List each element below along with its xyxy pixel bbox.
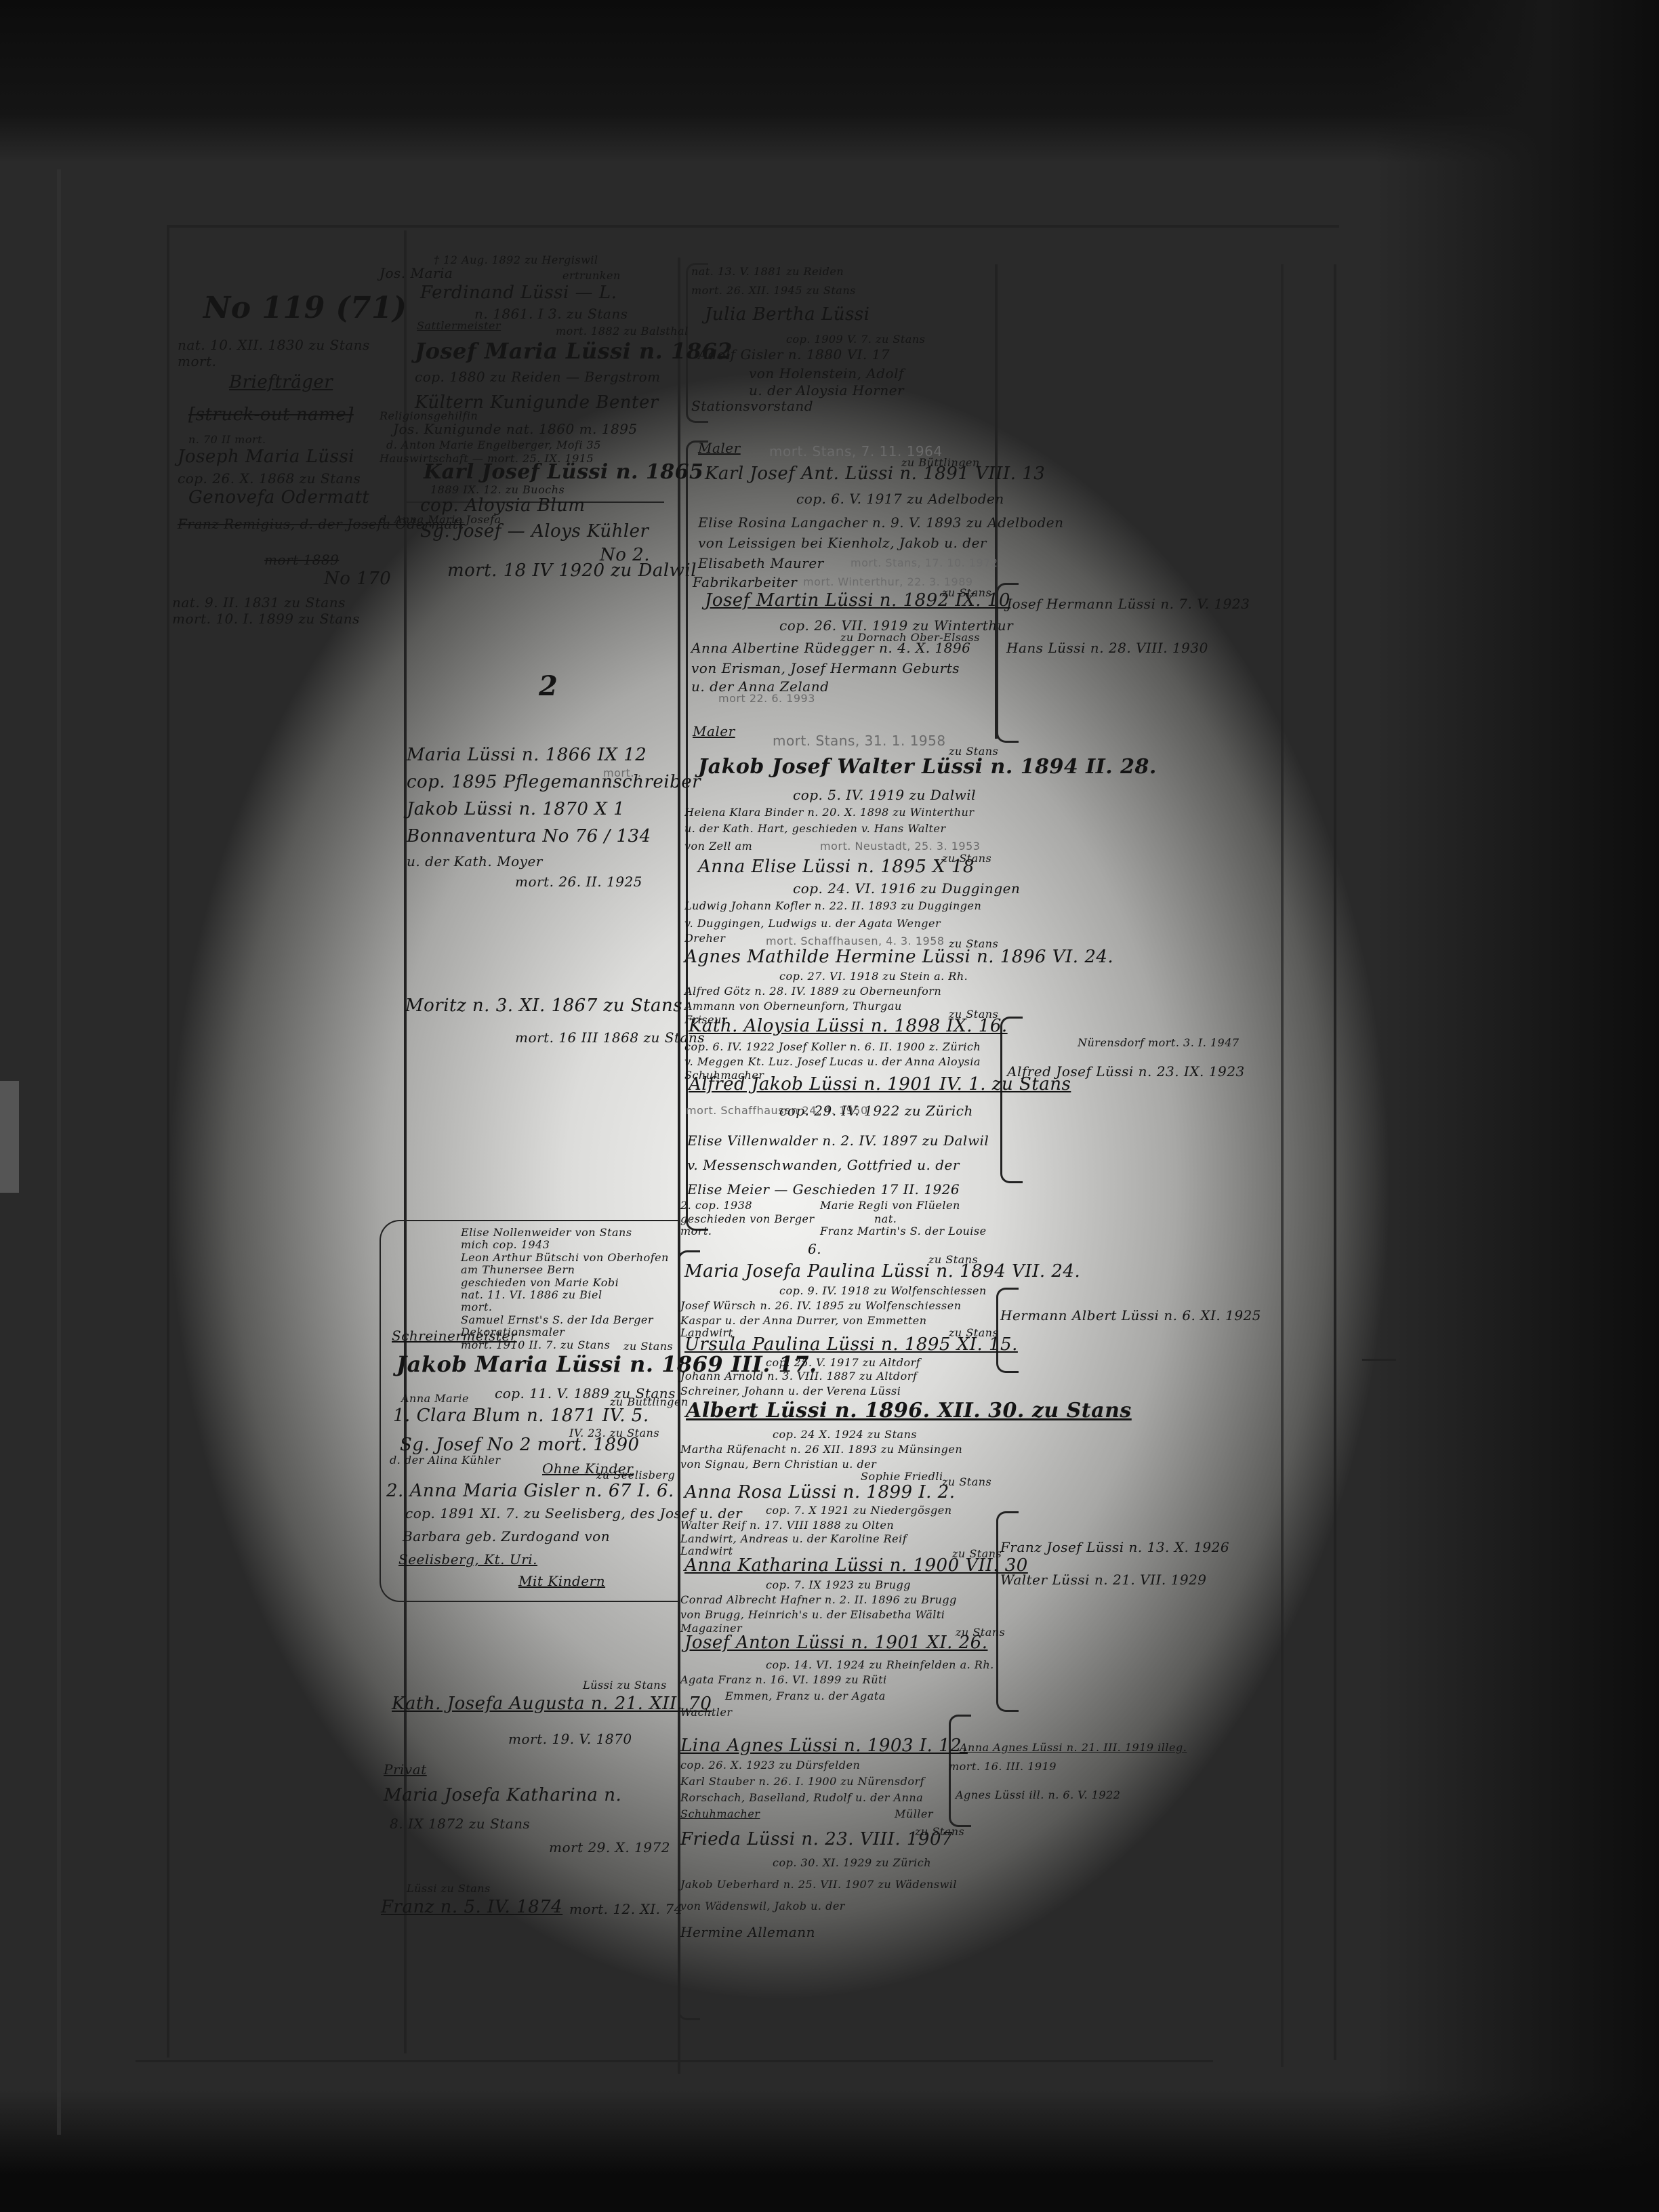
gc-d-wife-death-pencil: mort. Neustadt, 25. 3. 1953 xyxy=(820,840,980,853)
child-2-note-2: Jos. Kunigunde nat. 1860 m. 1895 xyxy=(393,422,638,437)
child-3-marriage: 1889 IX. 12. zu Buochs xyxy=(430,484,565,496)
father-name: Joseph Maria Lüssi xyxy=(178,447,354,468)
register-number: No 119 (71) xyxy=(203,291,407,326)
gc-f-husband-home: Ammann von Oberneunforn, Thurgau xyxy=(684,1000,902,1012)
gc-j-place: zu Stans xyxy=(949,1327,998,1339)
gc-d-name: Jakob Josef Walter Lüssi n. 1894 II. 28. xyxy=(698,756,1157,779)
gc-o-husband-mother: Müller xyxy=(895,1808,933,1820)
child-6-wife-mother: d. der Alina Kühler xyxy=(390,1454,501,1467)
bracket-grandchildren-2 xyxy=(1000,1017,1023,1183)
scan-shadow-right xyxy=(1374,0,1659,2212)
child-4-death: mort. 26. II. 1925 xyxy=(515,874,642,890)
gc-d-wife-parents: u. der Kath. Hart, geschieden v. Hans Wa… xyxy=(684,823,946,835)
gc-h-second-marriage: 2. cop. 1938 xyxy=(680,1200,752,1212)
child-4-pencil-note: mort… xyxy=(603,767,642,779)
gc-e-husband-occupation: Dreher xyxy=(684,933,725,945)
ggc-5: Franz Josef Lüssi n. 13. X. 1926 xyxy=(1000,1540,1229,1555)
child-3-wife-father: Sg. Josef — Aloys Kühler xyxy=(420,522,649,542)
gc-j-husband: Johann Arnold n. 3. VIII. 1887 zu Altdor… xyxy=(680,1370,917,1382)
child-1-margin-note: Jos. Maria xyxy=(380,266,453,281)
gc-n-wife: Agata Franz n. 16. VI. 1899 zu Rüti xyxy=(680,1674,887,1686)
father-death: mort. xyxy=(178,354,216,369)
gc-a-birth: nat. 13. V. 1881 zu Reiden xyxy=(691,266,844,278)
ggc-3-death: Nürensdorf mort. 3. I. 1947 xyxy=(1078,1037,1240,1049)
ggc-3: Alfred Josef Lüssi n. 23. IX. 1923 xyxy=(1007,1064,1245,1080)
child-6-wife-place: zu Büttlingen xyxy=(610,1396,689,1408)
gc-d-marriage: cop. 5. IV. 1919 zu Dalwil xyxy=(793,787,976,803)
column-divider-1 xyxy=(404,230,407,2053)
child-6-wife-father: Sg. Josef No 2 mort. 1890 xyxy=(400,1435,640,1456)
child-6-occupation: Schreinermeister xyxy=(392,1328,517,1344)
child-5-name: Moritz n. 3. XI. 1867 zu Stans xyxy=(405,996,682,1017)
gc-c-occupation: Fabrikarbeiter xyxy=(693,575,797,590)
gc-p-marriage: cop. 30. XI. 1929 zu Zürich xyxy=(773,1857,931,1869)
ggc-7-death: mort. 16. III. 1919 xyxy=(949,1761,1057,1773)
gc-h-wife-mother-divorce: Elise Meier — Geschieden 17 II. 1926 xyxy=(687,1182,960,1197)
gc-a-husband-home: von Holenstein, Adolf xyxy=(749,366,904,382)
father-occupation: Briefträger xyxy=(229,373,333,393)
gc-l-husband: Walter Reif n. 17. VIII 1888 zu Olten xyxy=(680,1519,894,1532)
child-9-name: Maria Josefa Katharina n. xyxy=(384,1786,621,1806)
gc-l-marriage: cop. 7. X 1921 zu Niedergösgen xyxy=(766,1504,952,1517)
gc-n-wife-mother: Wachtler xyxy=(680,1706,733,1719)
child-1-death-note: † 12 Aug. 1892 zu Hergiswil xyxy=(434,254,598,266)
gc-i-name: Maria Josefa Paulina Lüssi n. 1894 VII. … xyxy=(684,1262,1080,1282)
gc-e-husband-parents: v. Duggingen, Ludwigs u. der Agata Wenge… xyxy=(684,918,941,930)
gc-h-second-wife: Marie Regli von Flüelen xyxy=(820,1200,960,1212)
gc-n-marriage: cop. 14. VI. 1924 zu Rheinfelden a. Rh. xyxy=(766,1659,994,1671)
gc-k-wife: Martha Rüfenacht n. 26 XII. 1893 zu Müns… xyxy=(680,1443,962,1456)
ggc-1: Josef Hermann Lüssi n. 7. V. 1923 xyxy=(1006,596,1250,612)
gc-b-marriage: cop. 6. V. 1917 zu Adelboden xyxy=(796,491,1004,507)
gc-o-husband-home: Rorschach, Baselland, Rudolf u. der Anna xyxy=(680,1792,923,1804)
gc-m-marriage: cop. 7. IX 1923 zu Brugg xyxy=(766,1579,911,1591)
gc-f-place: zu Stans xyxy=(949,938,998,950)
gc-i-place: zu Stans xyxy=(928,1254,978,1266)
gc-h-death-note: mort. xyxy=(680,1225,712,1237)
child-4-name: Maria Lüssi n. 1866 IX 12 xyxy=(407,745,647,766)
column-divider-4 xyxy=(1281,264,1284,2067)
child-6-second-wife-place: zu Seelisberg xyxy=(596,1469,675,1481)
child-4-husband-parents: u. der Kath. Moyer xyxy=(407,854,543,869)
wife-name: Genovefa Odermatt xyxy=(188,488,369,508)
book-edge-tab xyxy=(0,1081,19,1193)
ggc-4: Hermann Albert Lüssi n. 6. XI. 1925 xyxy=(1000,1308,1261,1324)
gc-o-husband: Karl Stauber n. 26. I. 1900 zu Nürensdor… xyxy=(680,1776,924,1788)
gc-e-husband: Ludwig Johann Kofler n. 22. II. 1893 zu … xyxy=(684,900,981,912)
gc-o-name: Lina Agnes Lüssi n. 1903 I. 12. xyxy=(680,1736,968,1757)
child-6-first-wife: 1. Clara Blum n. 1871 IV. 5. xyxy=(393,1406,649,1427)
gc-a-husband: Adolf Gisler n. 1880 VI. 17 xyxy=(698,347,890,363)
gc-n-name: Josef Anton Lüssi n. 1901 XI. 26. xyxy=(684,1633,987,1654)
gc-b-wife-mother: Elisabeth Maurer xyxy=(698,556,824,571)
gc-h-second-wife-nat: nat. xyxy=(874,1213,897,1225)
gc-l-husband-parents: Landwirt, Andreas u. der Karoline Reif xyxy=(680,1533,907,1545)
child-5-death: mort. 16 III 1868 zu Stans xyxy=(515,1030,705,1046)
gc-d-occupation: Maler xyxy=(693,724,735,739)
gc-g-marriage-husband: cop. 6. IV. 1922 Josef Koller n. 6. II. … xyxy=(684,1041,981,1053)
child-2-note-3: d. Anton Marie Engelberger, Mofi 35 xyxy=(386,439,601,451)
gc-m-husband-home: von Brugg, Heinrich's u. der Elisabetha … xyxy=(680,1609,945,1621)
marriage-date: cop. 26. X. 1868 zu Stans xyxy=(178,471,361,487)
gc-f-death-pencil: mort. Schaffhausen, 4. 3. 1958 xyxy=(766,935,945,947)
gc-m-place: zu Stans xyxy=(952,1548,1002,1560)
ggc-7: Anna Agnes Lüssi n. 21. III. 1919 illeg. xyxy=(960,1742,1187,1754)
child-6-wife-label: Anna Marie xyxy=(401,1393,469,1405)
wife-death: mort. 10. I. 1899 zu Stans xyxy=(172,611,360,627)
gc-d-wife: Helena Klara Binder n. 20. X. 1898 zu Wi… xyxy=(684,806,974,819)
child-3-name: Karl Josef Lüssi n. 1865 xyxy=(424,461,703,485)
child-6-second-wife-mother: Barbara geb. Zurdogand von xyxy=(403,1529,610,1544)
gc-h-wife-home: v. Messenschwanden, Gottfried u. der xyxy=(687,1158,960,1173)
child-1-name: Ferdinand Lüssi — L. xyxy=(420,283,617,304)
child-8-death: mort. 19. V. 1870 xyxy=(508,1732,632,1747)
child-8-tag: Lüssi zu Stans xyxy=(583,1679,667,1692)
gc-b-name: Karl Josef Ant. Lüssi n. 1891 VIII. 13 xyxy=(705,464,1045,485)
child-10-tag: Lüssi zu Stans xyxy=(407,1883,491,1895)
gc-n-wife-parents: Emmen, Franz u. der Agata xyxy=(725,1690,886,1702)
gc-d-place: zu Stans xyxy=(949,745,998,758)
gc-p-husband-mother: Hermine Allemann xyxy=(680,1925,815,1940)
child-9-death: mort 29. X. 1972 xyxy=(549,1840,670,1856)
gc-f-marriage: cop. 27. VI. 1918 zu Stein a. Rh. xyxy=(779,970,968,983)
gc-a-marriage: cop. 1909 V. 7. zu Stans xyxy=(786,333,925,346)
page-mark: 2 xyxy=(539,671,558,702)
gc-k-name: Albert Lüssi n. 1896. XII. 30. zu Stans xyxy=(686,1399,1132,1423)
gc-p-husband: Jakob Ueberhard n. 25. VII. 1907 zu Wäde… xyxy=(680,1879,957,1891)
gc-d-wife-home: von Zell am xyxy=(684,840,752,853)
child-4-husband: Jakob Lüssi n. 1870 X 1 xyxy=(407,800,625,820)
child-6-second-wife: 2. Anna Maria Gisler n. 67 I. 6. xyxy=(386,1481,674,1502)
wife-birth: nat. 9. II. 1831 zu Stans xyxy=(172,595,346,611)
gc-k-marriage: cop. 24 X. 1924 zu Stans xyxy=(773,1429,917,1441)
child-9-birth: 8. IX 1872 zu Stans xyxy=(390,1816,530,1832)
register-frame-right xyxy=(1334,264,1336,2060)
gc-p-name: Frieda Lüssi n. 23. VIII. 1907 xyxy=(680,1830,953,1850)
gc-h-wife: Elise Villenwalder n. 2. IV. 1897 zu Dal… xyxy=(687,1133,989,1149)
margin-mark xyxy=(1362,1359,1396,1361)
gc-f-husband: Alfred Götz n. 28. IV. 1889 zu Oberneunf… xyxy=(684,985,941,998)
gc-c-wife-place: zu Dornach Ober-Elsass xyxy=(840,632,980,644)
gc-g-place: zu Stans xyxy=(949,1008,998,1021)
gc-g-husband-home: v. Meggen Kt. Luz. Josef Lucas u. der An… xyxy=(684,1056,981,1068)
child-1-death-cause: ertrunken xyxy=(562,270,621,282)
gc-a-name: Julia Bertha Lüssi xyxy=(705,305,869,325)
gc-j-husband-parents: Schreiner, Johann u. der Verena Lüssi xyxy=(680,1385,901,1397)
child-2-marriage: cop. 1880 zu Reiden — Bergstrom xyxy=(415,369,661,385)
gc-b-occupation: Maler xyxy=(698,441,741,456)
ggc-8: Agnes Lüssi ill. n. 6. V. 1922 xyxy=(956,1789,1120,1801)
register-frame-bottom xyxy=(136,2060,1213,2062)
gc-h-divorce-note: geschieden von Berger xyxy=(680,1213,815,1225)
gc-l-name: Anna Rosa Lüssi n. 1899 I. 2. xyxy=(684,1483,955,1503)
gc-k-wife-home: von Signau, Bern Christian u. der xyxy=(680,1458,876,1471)
gc-a-death: mort. 26. XII. 1945 zu Stans xyxy=(691,285,856,297)
gc-a-husband-parents: u. der Aloysia Horner xyxy=(749,383,904,398)
gc-j-marriage: cop. 25. V. 1917 zu Altdorf xyxy=(766,1357,920,1369)
gc-h-second-wife-parents: Franz Martin's S. der Louise xyxy=(820,1225,987,1237)
gc-e-place: zu Stans xyxy=(942,853,991,865)
ggc-2: Hans Lüssi n. 28. VIII. 1930 xyxy=(1006,640,1208,656)
gc-i-husband: Josef Würsch n. 26. IV. 1895 zu Wolfensc… xyxy=(680,1300,962,1312)
gc-o-marriage: cop. 26. X. 1923 zu Dürsfelden xyxy=(680,1759,860,1771)
gc-i-husband-parents: Kaspar u. der Anna Durrer, von Emmetten xyxy=(680,1315,927,1327)
child-2-occupation: Sattlermeister xyxy=(417,320,501,332)
child-6-second-wife-home: Seelisberg, Kt. Uri. xyxy=(398,1552,537,1568)
gc-f-name: Agnes Mathilde Hermine Lüssi n. 1896 VI.… xyxy=(684,947,1113,968)
gc-p-husband-home: von Wädenswil, Jakob u. der xyxy=(680,1900,845,1912)
child-8-name: Kath. Josefa Augusta n. 21. XII. 70 xyxy=(392,1694,712,1715)
gc-c-place: zu Stans xyxy=(942,587,991,599)
gc-l-place: zu Stans xyxy=(942,1476,991,1488)
bracket-grandchildren-3 xyxy=(996,1288,1019,1373)
gc-e-name: Anna Elise Lüssi n. 1895 X 18 xyxy=(698,857,975,878)
child-4-husband-place: Bonnaventura No 76 / 134 xyxy=(407,827,651,847)
gc-e-marriage: cop. 24. VI. 1916 zu Duggingen xyxy=(793,881,1020,897)
gc-k-wife-mother: Sophie Friedli xyxy=(861,1471,943,1483)
child-9-occupation: Privat xyxy=(384,1762,427,1778)
scan-shadow-bottom xyxy=(0,2090,1659,2212)
gc-o-husband-occupation: Schuhmacher xyxy=(680,1808,760,1820)
child-3-death: mort. 18 IV 1920 zu Dalwil xyxy=(447,561,697,581)
child-6-children-note-2: Mit Kindern xyxy=(518,1574,605,1589)
gc-i-marriage: cop. 9. IV. 1918 zu Wolfenschiessen xyxy=(779,1285,987,1297)
gc-a-husband-occupation: Stationsvorstand xyxy=(691,398,813,414)
wife-struck-death: mort 1889 xyxy=(264,552,339,568)
child-10-name: Franz n. 5. IV. 1874 xyxy=(381,1898,562,1918)
child-2-death: mort. 1882 zu Balsthal xyxy=(556,325,689,337)
gc-d-death-pencil: mort. Stans, 31. 1. 1958 xyxy=(773,733,946,749)
gc-c-wife-home: von Erisman, Josef Hermann Geburts xyxy=(691,661,960,676)
gc-h-marriage: cop. 29. IV. 1922 zu Zürich xyxy=(779,1103,973,1119)
father-birth: nat. 10. XII. 1830 zu Stans xyxy=(178,337,370,353)
gc-n-place: zu Stans xyxy=(956,1626,1005,1639)
ggc-6: Walter Lüssi n. 21. VII. 1929 xyxy=(1000,1572,1207,1588)
gc-c-wife-death-pencil: mort 22. 6. 1993 xyxy=(718,693,815,705)
page-margin-line xyxy=(57,169,61,2135)
child-4-marriage: cop. 1895 Pflegemannschreiber xyxy=(407,773,701,793)
struck-name: [struck-out name] xyxy=(188,405,354,426)
gc-p-place: zu Stans xyxy=(915,1826,964,1838)
gc-b-place: zu Büttlingen xyxy=(901,457,980,469)
gc-b-wife-home: von Leissigen bei Kienholz, Jakob u. der xyxy=(698,535,987,551)
group-b-mark: 6. xyxy=(808,1242,821,1257)
wife-reference-number: No 170 xyxy=(324,569,391,590)
child-10-death: mort. 12. XI. 74 xyxy=(569,1902,683,1917)
gc-b-wife-death-pencil: mort. Stans, 17. 10. 1972 xyxy=(851,557,998,569)
gc-b-wife: Elise Rosina Langacher n. 9. V. 1893 zu … xyxy=(698,515,1064,531)
child-2-name: Josef Maria Lüssi n. 1862 xyxy=(415,339,733,364)
father-note: n. 70 II mort. xyxy=(188,434,266,446)
gc-m-husband: Conrad Albrecht Hafner n. 2. II. 1896 zu… xyxy=(680,1594,957,1606)
